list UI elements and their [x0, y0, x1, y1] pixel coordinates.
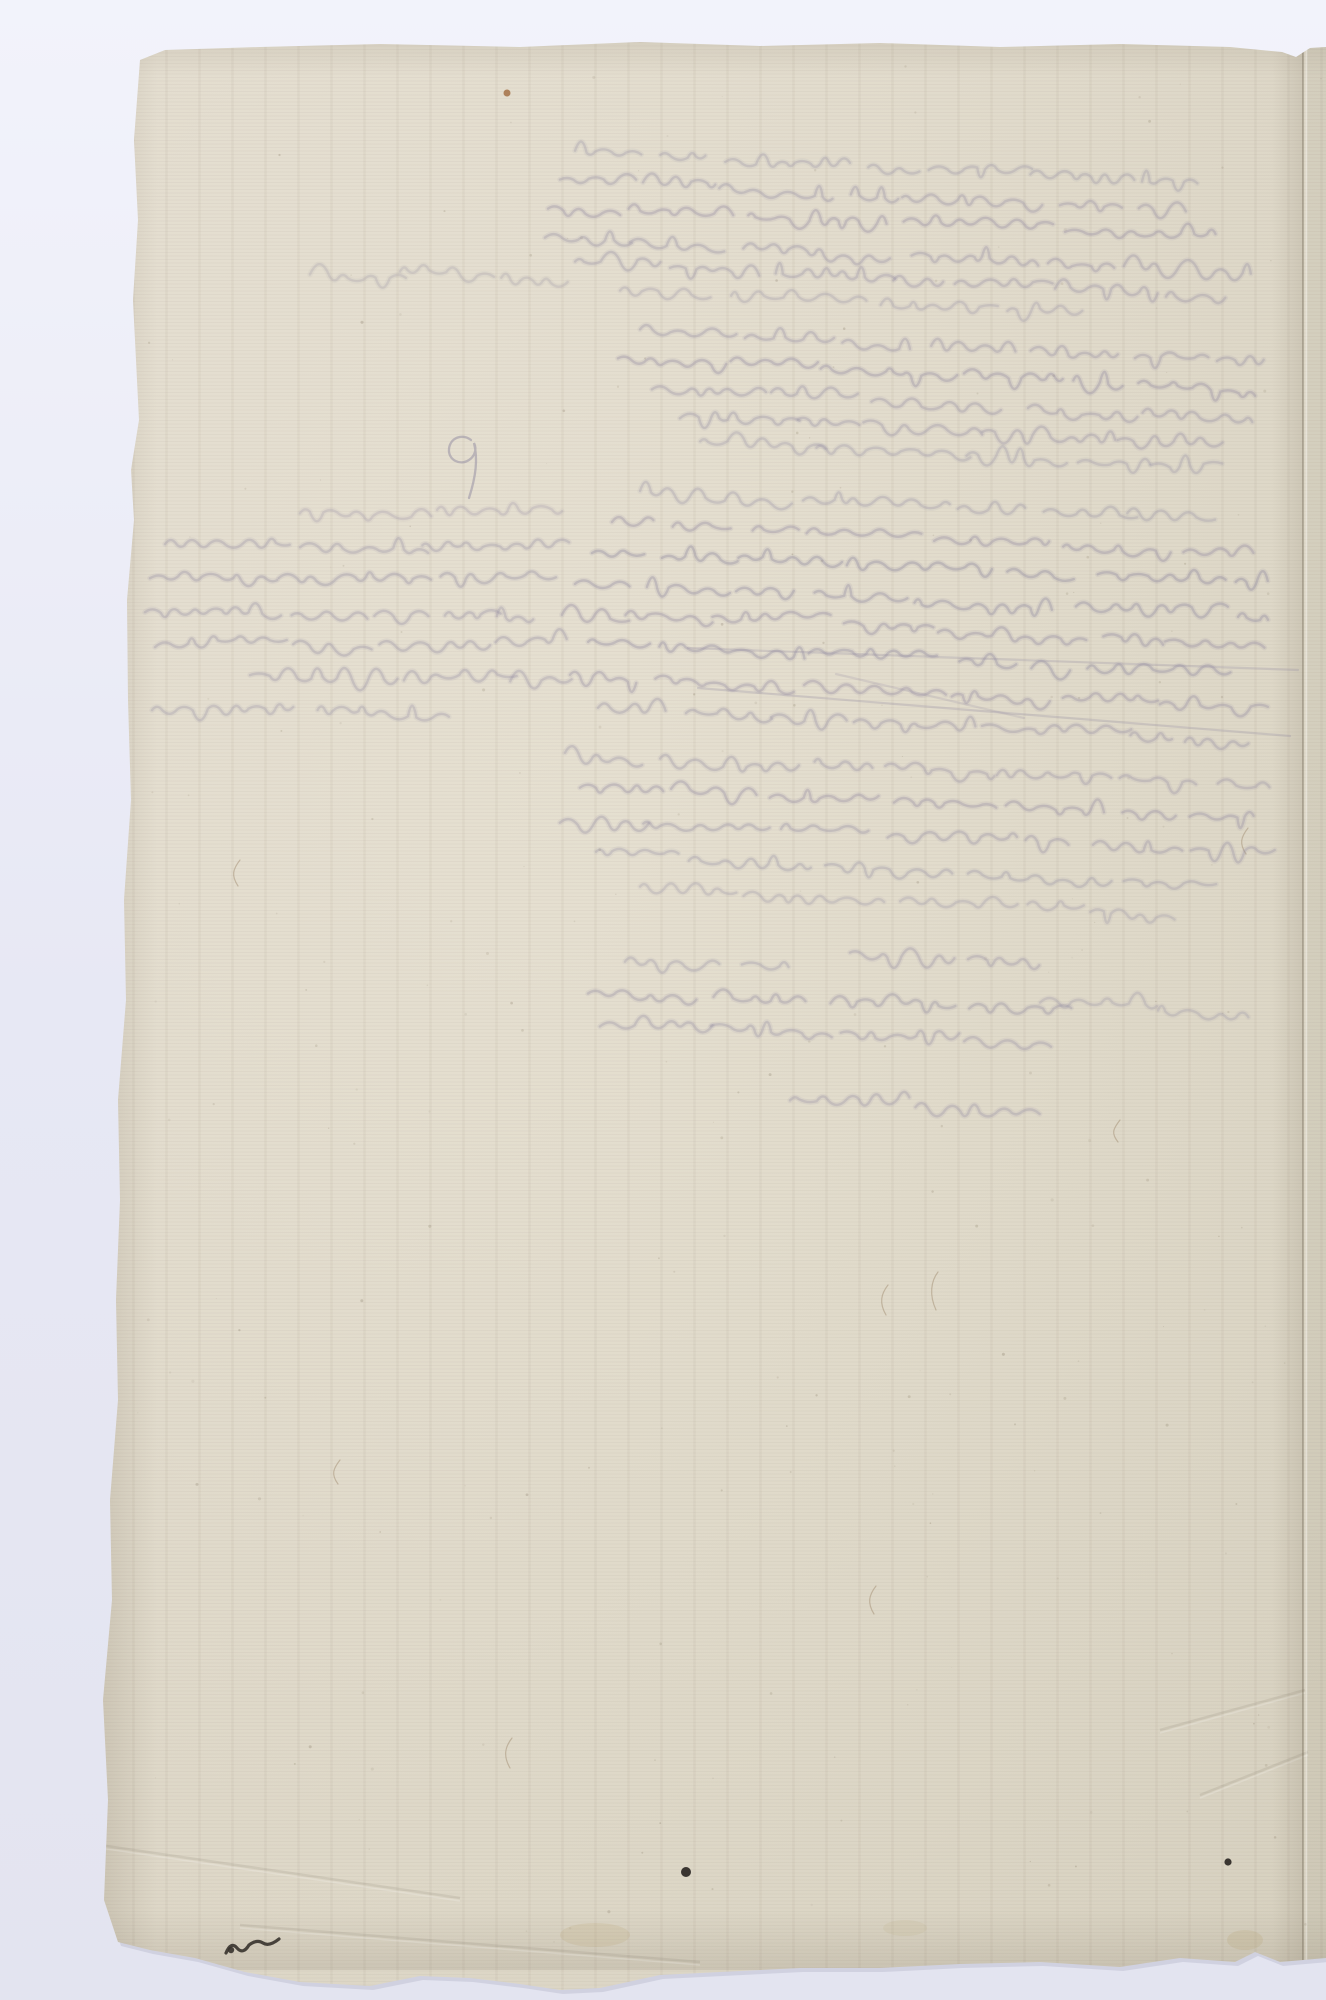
stain: [560, 1923, 630, 1947]
binding-crease: [1272, 40, 1326, 1965]
dark-speck: [681, 1867, 691, 1877]
stain: [883, 1920, 927, 1936]
dark-speck: [1224, 1858, 1231, 1865]
manuscript-scan-image: [0, 0, 1326, 2000]
foxing-spot: [504, 90, 511, 97]
manuscript-page-scan: [0, 0, 1326, 2000]
stain: [1227, 1930, 1263, 1950]
